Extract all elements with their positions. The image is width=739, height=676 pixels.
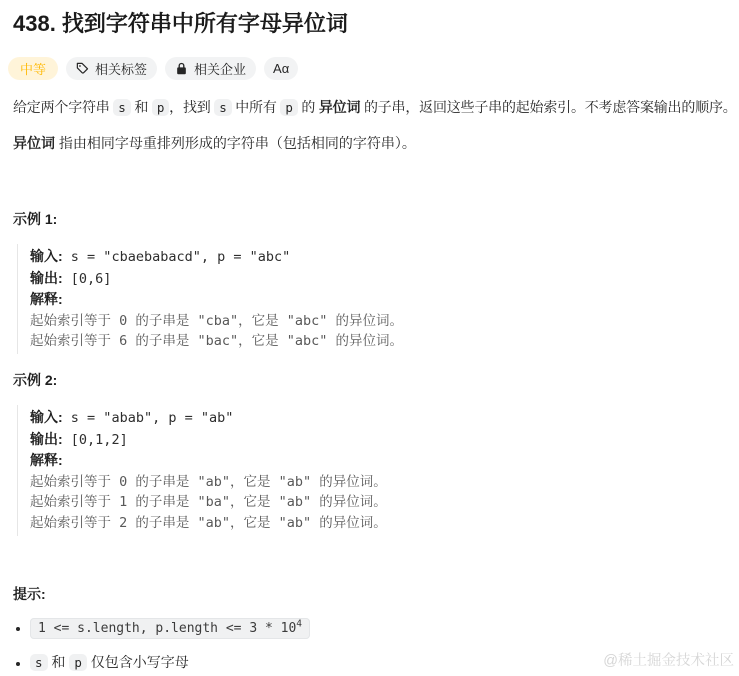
output-label: 输出: xyxy=(30,270,63,286)
statement-text: 的 xyxy=(298,99,319,115)
explanation-line: 起始索引等于 2 的子串是 "ab"，它是 "ab" 的异位词。 xyxy=(30,513,726,534)
hints-heading: 提示: xyxy=(13,584,739,604)
inline-code-p: p xyxy=(152,99,169,116)
statement-text: 给定两个字符串 xyxy=(13,99,113,115)
length-constraint-code: 1 <= s.length, p.length <= 3 * 104 xyxy=(30,618,310,639)
tag-icon xyxy=(76,62,89,75)
related-companies-label: 相关企业 xyxy=(194,59,246,78)
watermark: @稀土掘金技术社区 xyxy=(603,649,734,670)
related-companies-button[interactable]: 相关企业 xyxy=(165,57,256,80)
definition-text: 指由相同字母重排列形成的字符串（包括相同的字符串）。 xyxy=(55,135,416,151)
problem-statement: 给定两个字符串 s 和 p，找到 s 中所有 p 的 异位词 的子串，返回这些子… xyxy=(13,97,726,118)
difficulty-badge: 中等 xyxy=(8,57,58,80)
input-label: 输入: xyxy=(30,248,63,264)
text-format-button[interactable]: Aα xyxy=(264,57,298,80)
explanation-label: 解释: xyxy=(30,291,63,307)
explanation-line: 起始索引等于 0 的子串是 "cba"，它是 "abc" 的异位词。 xyxy=(30,311,726,332)
explanation-line: 起始索引等于 0 的子串是 "ab"，它是 "ab" 的异位词。 xyxy=(30,472,726,493)
example-2-input-line: 输入: s = "abab", p = "ab" xyxy=(30,407,726,429)
related-tags-label: 相关标签 xyxy=(95,59,147,78)
inline-code-p: p xyxy=(69,654,87,671)
badge-row: 中等 相关标签 相关企业 Aα xyxy=(8,57,739,80)
explanation-line: 起始索引等于 1 的子串是 "ba"，它是 "ab" 的异位词。 xyxy=(30,492,726,513)
anagram-definition: 异位词 指由相同字母重排列形成的字符串（包括相同的字符串）。 xyxy=(13,133,726,154)
example-2-output-line: 输出: [0,1,2] xyxy=(30,429,726,451)
explanation-label: 解释: xyxy=(30,452,63,468)
inline-code-p: p xyxy=(280,99,297,116)
example-1-heading: 示例 1: xyxy=(13,209,739,229)
inline-code-s: s xyxy=(113,99,130,116)
related-tags-button[interactable]: 相关标签 xyxy=(66,57,157,80)
statement-text: ，找到 xyxy=(169,99,214,115)
anagram-term: 异位词 xyxy=(13,135,55,151)
statement-text: 的子串，返回这些子串的起始索引。不考虑答案输出的顺序。 xyxy=(360,99,736,115)
statement-text: 和 xyxy=(131,99,152,115)
input-value: s = "abab", p = "ab" xyxy=(63,410,234,426)
statement-text: 中所有 xyxy=(232,99,281,115)
lock-icon xyxy=(175,62,188,75)
anagram-term: 异位词 xyxy=(319,99,360,115)
constraint-item-length: 1 <= s.length, p.length <= 3 * 104 xyxy=(30,619,739,636)
constraint-text: 和 xyxy=(48,654,70,670)
input-label: 输入: xyxy=(30,409,63,425)
output-value: [0,1,2] xyxy=(63,432,128,448)
inline-code-s: s xyxy=(30,654,48,671)
input-value: s = "cbaebabacd", p = "abc" xyxy=(63,249,291,265)
inline-code-s: s xyxy=(214,99,231,116)
example-1-input-line: 输入: s = "cbaebabacd", p = "abc" xyxy=(30,246,726,268)
example-1-explanation-label: 解释: xyxy=(30,289,726,311)
explanation-line: 起始索引等于 6 的子串是 "bac"，它是 "abc" 的异位词。 xyxy=(30,331,726,352)
example-1-output-line: 输出: [0,6] xyxy=(30,268,726,290)
text-format-icon: Aα xyxy=(273,61,289,76)
example-2-explanation-label: 解释: xyxy=(30,450,726,472)
example-2-block: 输入: s = "abab", p = "ab" 输出: [0,1,2] 解释:… xyxy=(17,405,726,536)
example-1-block: 输入: s = "cbaebabacd", p = "abc" 输出: [0,6… xyxy=(17,244,726,354)
output-value: [0,6] xyxy=(63,271,112,287)
example-2-heading: 示例 2: xyxy=(13,370,739,390)
length-constraint-text: 1 <= s.length, p.length <= 3 * 10 xyxy=(38,621,296,636)
output-label: 输出: xyxy=(30,431,63,447)
constraint-text: 仅包含小写字母 xyxy=(87,654,189,670)
exponent: 4 xyxy=(296,619,302,630)
page-title: 438. 找到字符串中所有字母异位词 xyxy=(13,10,726,37)
